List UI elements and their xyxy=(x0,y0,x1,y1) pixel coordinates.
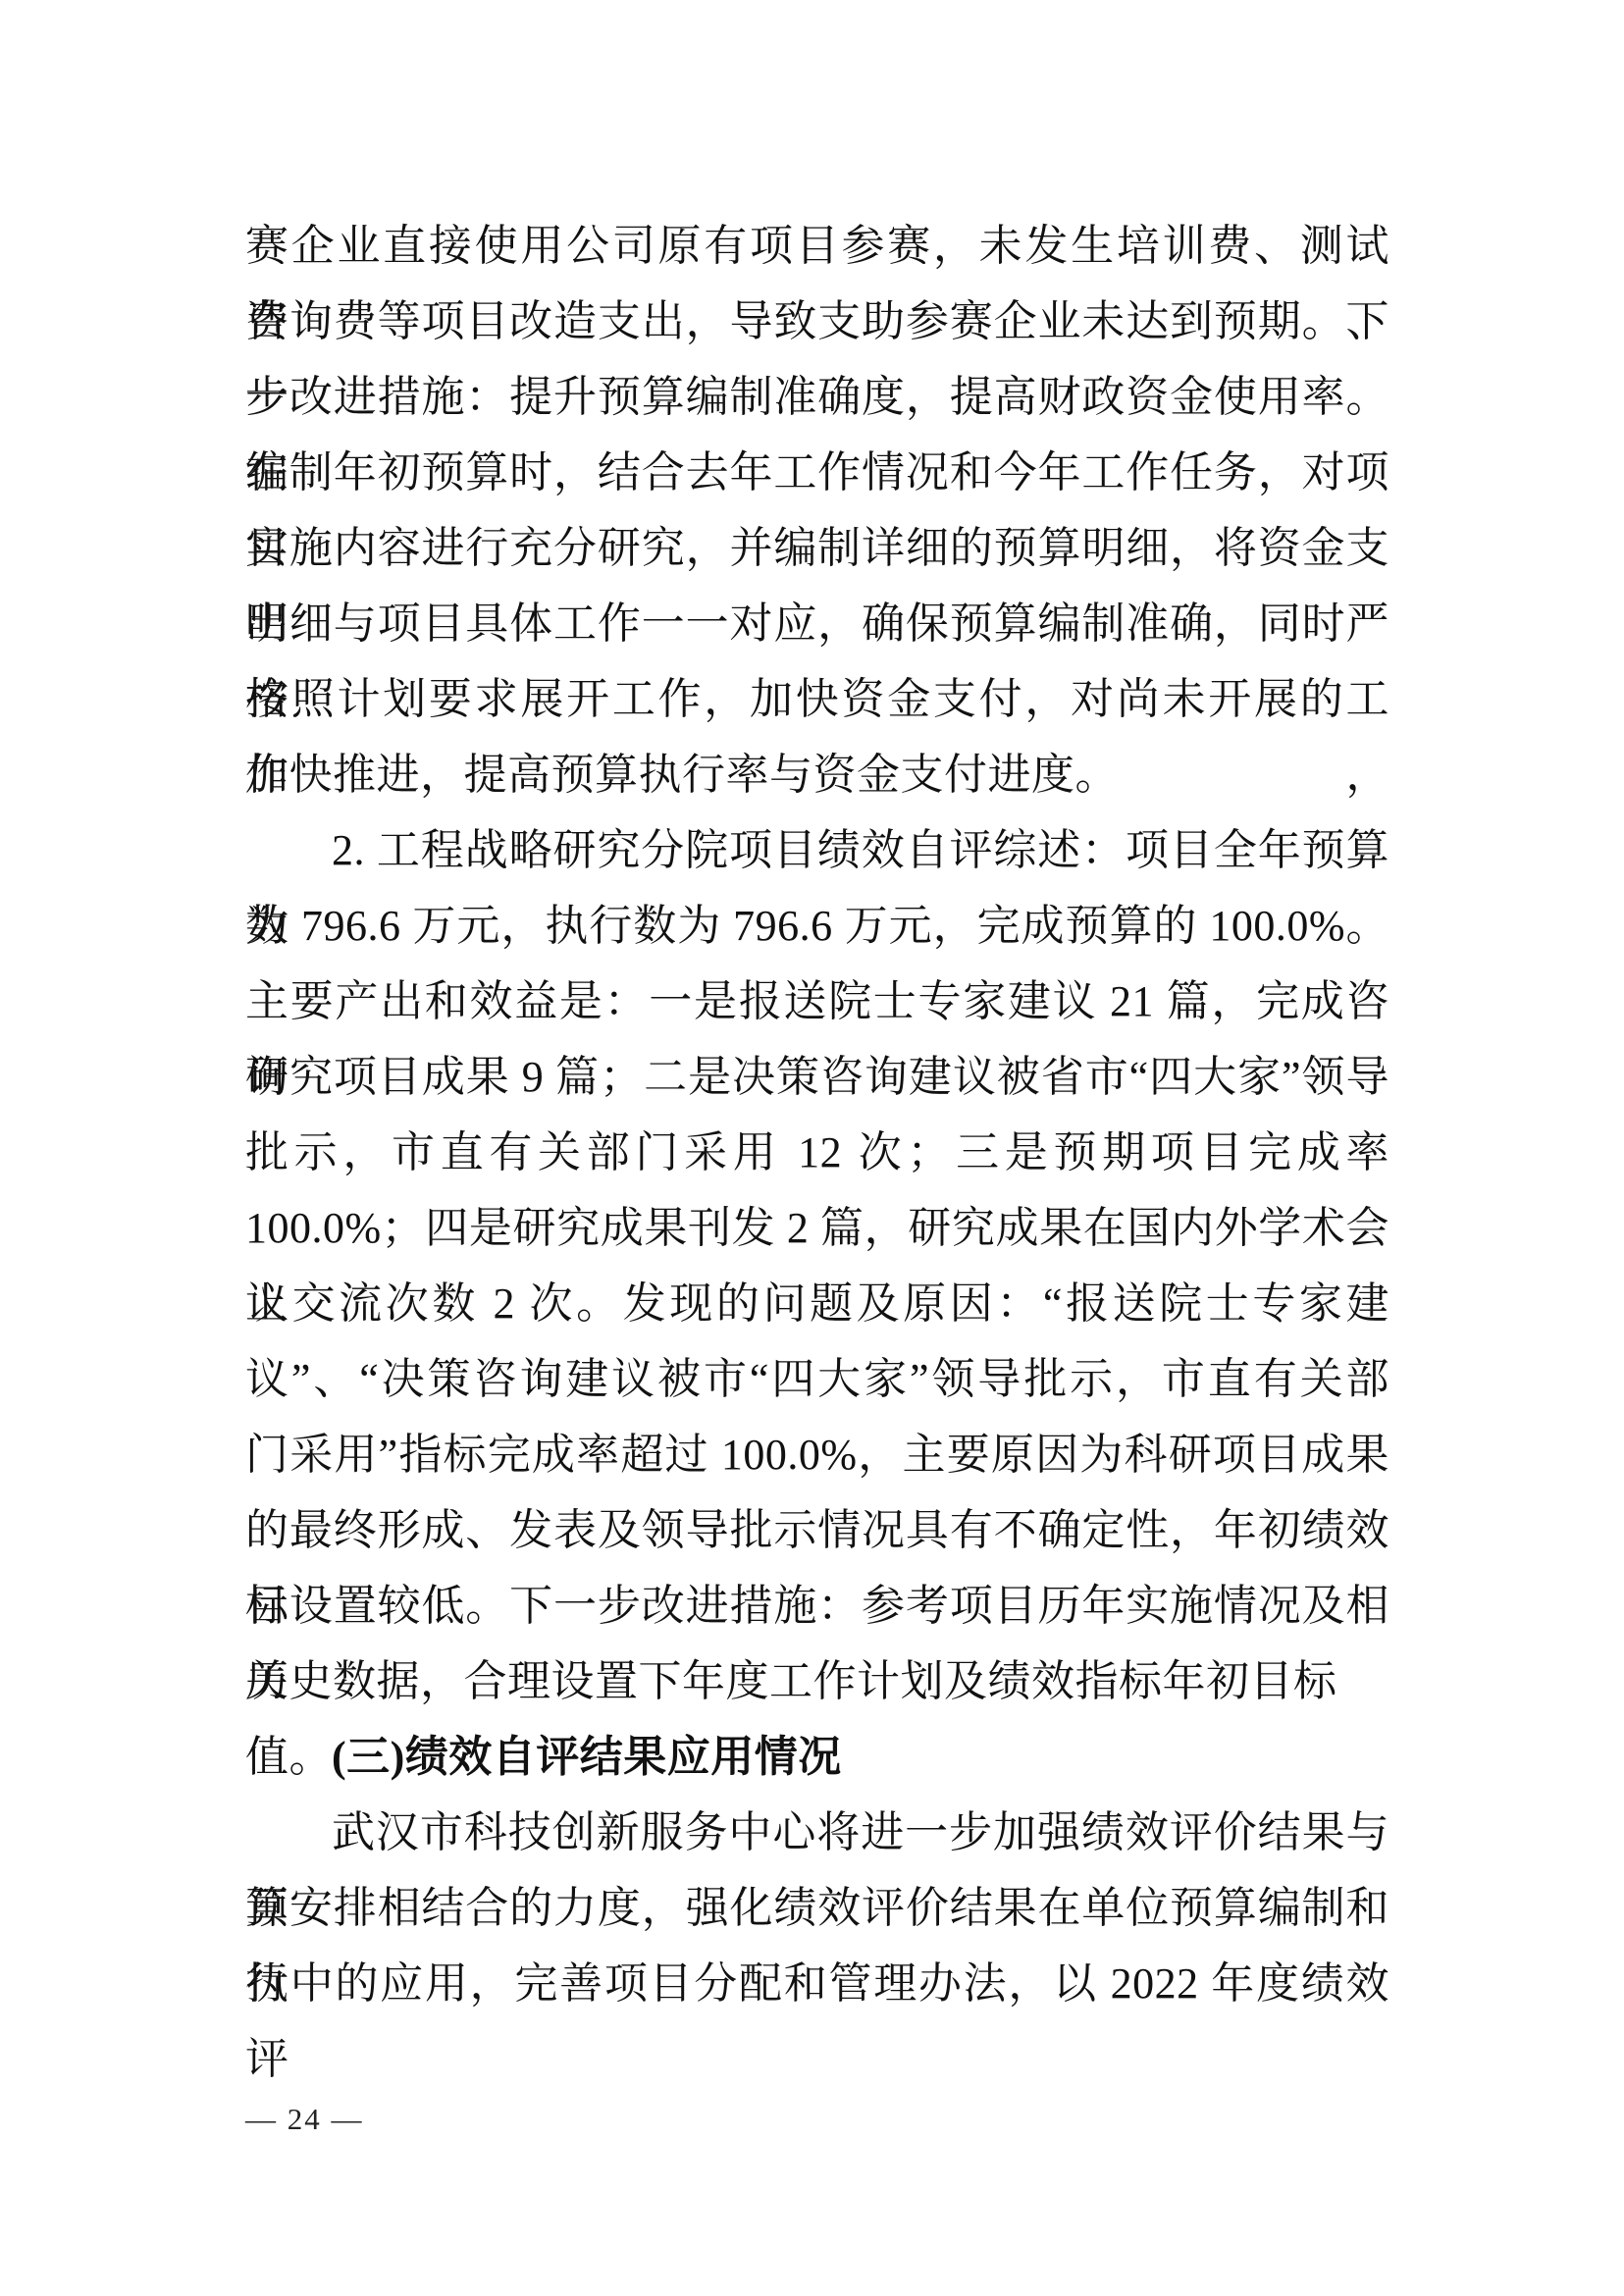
text-line: 标设置较低。下一步改进措施：参考项目历年实施情况及相关 xyxy=(245,1568,1389,1644)
text-line-paragraph-end: 历史数据，合理设置下年度工作计划及绩效指标年初目标值。 xyxy=(245,1644,1389,1719)
text-line: 按照计划要求展开工作，加快资金支付，对尚未开展的工作， xyxy=(245,661,1389,737)
text-line-paragraph-start: 武汉市科技创新服务中心将进一步加强绩效评价结果与预 xyxy=(245,1795,1389,1870)
section-heading: (三)绩效自评结果应用情况 xyxy=(245,1719,1389,1795)
text-line: 行中的应用，完善项目分配和管理办法，以 2022 年度绩效评 xyxy=(245,1946,1389,2021)
text-line: 实施内容进行充分研究，并编制详细的预算明细，将资金支出 xyxy=(245,510,1389,586)
text-line: 明细与项目具体工作一一对应，确保预算编制准确，同时严格 xyxy=(245,586,1389,661)
text-line: 咨询费等项目改造支出，导致支助参赛企业未达到预期。下一 xyxy=(245,284,1389,359)
text-line: 100.0%；四是研究成果刊发 2 篇，研究成果在国内外学术会议 xyxy=(245,1190,1389,1266)
text-line: 研究项目成果 9 篇；二是决策咨询建议被省市“四大家”领导 xyxy=(245,1039,1389,1115)
text-line-paragraph-start: 2. 工程战略研究分院项目绩效自评综述：项目全年预算数 xyxy=(245,812,1389,888)
text-line: 门采用”指标完成率超过 100.0%，主要原因为科研项目成果 xyxy=(245,1417,1389,1492)
document-page: 赛企业直接使用公司原有项目参赛，未发生培训费、测试费、 咨询费等项目改造支出，导… xyxy=(0,0,1624,2296)
text-line: 批示，市直有关部门采用 12 次；三是预期项目完成率 xyxy=(245,1115,1389,1190)
document-body: 赛企业直接使用公司原有项目参赛，未发生培训费、测试费、 咨询费等项目改造支出，导… xyxy=(245,208,1389,2021)
text-line: 编制年初预算时，结合去年工作情况和今年工作任务，对项目 xyxy=(245,435,1389,510)
text-line: 主要产出和效益是：一是报送院士专家建议 21 篇，完成咨询 xyxy=(245,964,1389,1039)
text-line: 赛企业直接使用公司原有项目参赛，未发生培训费、测试费、 xyxy=(245,208,1389,284)
page-number: — 24 — xyxy=(245,2100,364,2139)
text-line: 步改进措施：提升预算编制准确度，提高财政资金使用率。在 xyxy=(245,359,1389,435)
text-line: 算安排相结合的力度，强化绩效评价结果在单位预算编制和执 xyxy=(245,1870,1389,1946)
text-line: 上交流次数 2 次。发现的问题及原因：“报送院士专家建 xyxy=(245,1266,1389,1341)
text-line: 为 796.6 万元，执行数为 796.6 万元，完成预算的 100.0%。 xyxy=(245,888,1389,964)
text-line: 的最终形成、发表及领导批示情况具有不确定性，年初绩效目 xyxy=(245,1492,1389,1568)
text-line: 议”、“决策咨询建议被市“四大家”领导批示，市直有关部 xyxy=(245,1341,1389,1417)
